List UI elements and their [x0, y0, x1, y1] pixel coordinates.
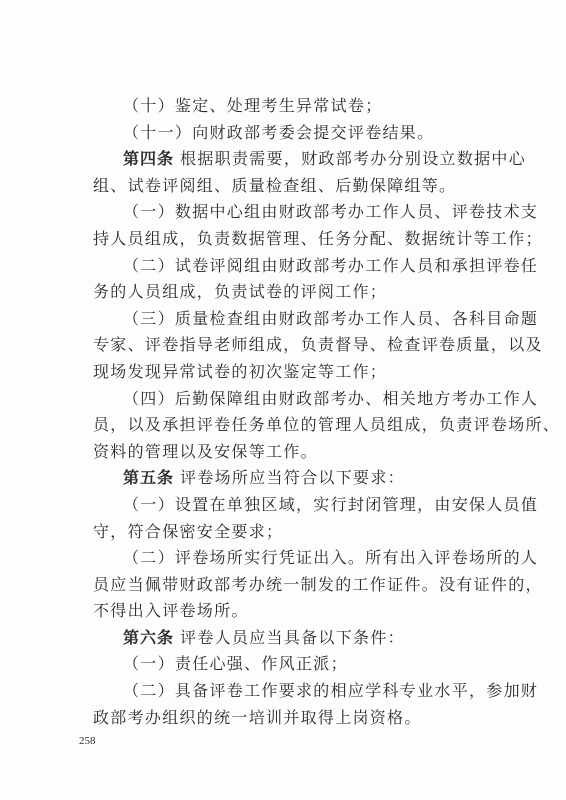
text-line: 务的人员组成，负责试卷的评阅工作；	[93, 279, 475, 306]
text-line: 政部考办组织的统一培训并取得上岗资格。	[93, 705, 475, 732]
text-line: 员，以及承担评卷任务单位的管理人员组成，负责评卷场所、	[93, 412, 475, 439]
text-line: 守，符合保密安全要求；	[93, 519, 475, 546]
text-line: （一）设置在单独区域，实行封闭管理，由安保人员值	[93, 492, 475, 519]
line-text: （二）具备评卷工作要求的相应学科专业水平，参加财	[123, 681, 538, 700]
line-text: （一）责任心强、作风正派；	[123, 654, 348, 673]
line-text: （一）数据中心组由财政部考办工作人员、评卷技术支	[123, 202, 538, 221]
line-text: 专家、评卷指导老师组成，负责督导、检查评卷质量，以及	[93, 335, 543, 354]
line-text: 根据职责需要，财政部考办分别设立数据中心	[180, 149, 526, 168]
text-line: （二）评卷场所实行凭证出入。所有出入评卷场所的人	[93, 545, 475, 572]
text-line: 员应当佩带财政部考办统一制发的工作证件。没有证件的，	[93, 572, 475, 599]
text-line: （三）质量检查组由财政部考办工作人员、各科目命题	[93, 306, 475, 333]
document-page: （十）鉴定、处理考生异常试卷； （十一）向财政部考委会提交评卷结果。 第四条根据…	[0, 0, 566, 800]
article-heading-line: 第六条评卷人员应当具备以下条件：	[93, 625, 475, 652]
body-text: （十）鉴定、处理考生异常试卷； （十一）向财政部考委会提交评卷结果。 第四条根据…	[93, 93, 475, 731]
line-text: 守，符合保密安全要求；	[93, 522, 283, 541]
line-text: （四）后勤保障组由财政部考办、相关地方考办工作人	[123, 389, 538, 408]
text-line: （二）试卷评阅组由财政部考办工作人员和承担评卷任	[93, 253, 475, 280]
article-label: 第六条	[123, 628, 174, 647]
text-line: （十）鉴定、处理考生异常试卷；	[93, 93, 475, 120]
line-text: （二）试卷评阅组由财政部考办工作人员和承担评卷任	[123, 256, 538, 275]
line-text: 务的人员组成，负责试卷的评阅工作；	[93, 282, 387, 301]
line-text: 员，以及承担评卷任务单位的管理人员组成，负责评卷场所、	[93, 415, 560, 434]
line-text: （二）评卷场所实行凭证出入。所有出入评卷场所的人	[123, 548, 538, 567]
text-line: 现场发现异常试卷的初次鉴定等工作；	[93, 359, 475, 386]
line-text: 政部考办组织的统一培训并取得上岗资格。	[93, 708, 422, 727]
article-label: 第四条	[123, 149, 174, 168]
line-text: （一）设置在单独区域，实行封闭管理，由安保人员值	[123, 495, 538, 514]
line-text: 员应当佩带财政部考办统一制发的工作证件。没有证件的，	[93, 575, 543, 594]
text-line: 不得出入评卷场所。	[93, 598, 475, 625]
text-line: （二）具备评卷工作要求的相应学科专业水平，参加财	[93, 678, 475, 705]
text-line: 组、试卷评阅组、质量检查组、后勤保障组等。	[93, 173, 475, 200]
article-heading-line: 第五条评卷场所应当符合以下要求：	[93, 465, 475, 492]
line-text: 持人员组成，负责数据管理、任务分配、数据统计等工作；	[93, 229, 543, 248]
line-text: 不得出入评卷场所。	[93, 601, 249, 620]
line-text: （三）质量检查组由财政部考办工作人员、各科目命题	[123, 309, 538, 328]
line-text: （十）鉴定、处理考生异常试卷；	[123, 96, 383, 115]
text-line: 资料的管理以及安保等工作。	[93, 439, 475, 466]
article-label: 第五条	[123, 468, 174, 487]
line-text: 现场发现异常试卷的初次鉴定等工作；	[93, 362, 387, 381]
line-text: 评卷人员应当具备以下条件：	[180, 628, 405, 647]
text-line: （四）后勤保障组由财政部考办、相关地方考办工作人	[93, 386, 475, 413]
text-line: （十一）向财政部考委会提交评卷结果。	[93, 120, 475, 147]
article-heading-line: 第四条根据职责需要，财政部考办分别设立数据中心	[93, 146, 475, 173]
text-line: 专家、评卷指导老师组成，负责督导、检查评卷质量，以及	[93, 332, 475, 359]
line-text: 评卷场所应当符合以下要求：	[180, 468, 405, 487]
page-number: 258	[79, 735, 96, 747]
line-text: 资料的管理以及安保等工作。	[93, 442, 318, 461]
text-line: （一）责任心强、作风正派；	[93, 651, 475, 678]
text-line: 持人员组成，负责数据管理、任务分配、数据统计等工作；	[93, 226, 475, 253]
text-line: （一）数据中心组由财政部考办工作人员、评卷技术支	[93, 199, 475, 226]
line-text: （十一）向财政部考委会提交评卷结果。	[123, 123, 434, 142]
line-text: 组、试卷评阅组、质量检查组、后勤保障组等。	[93, 176, 456, 195]
